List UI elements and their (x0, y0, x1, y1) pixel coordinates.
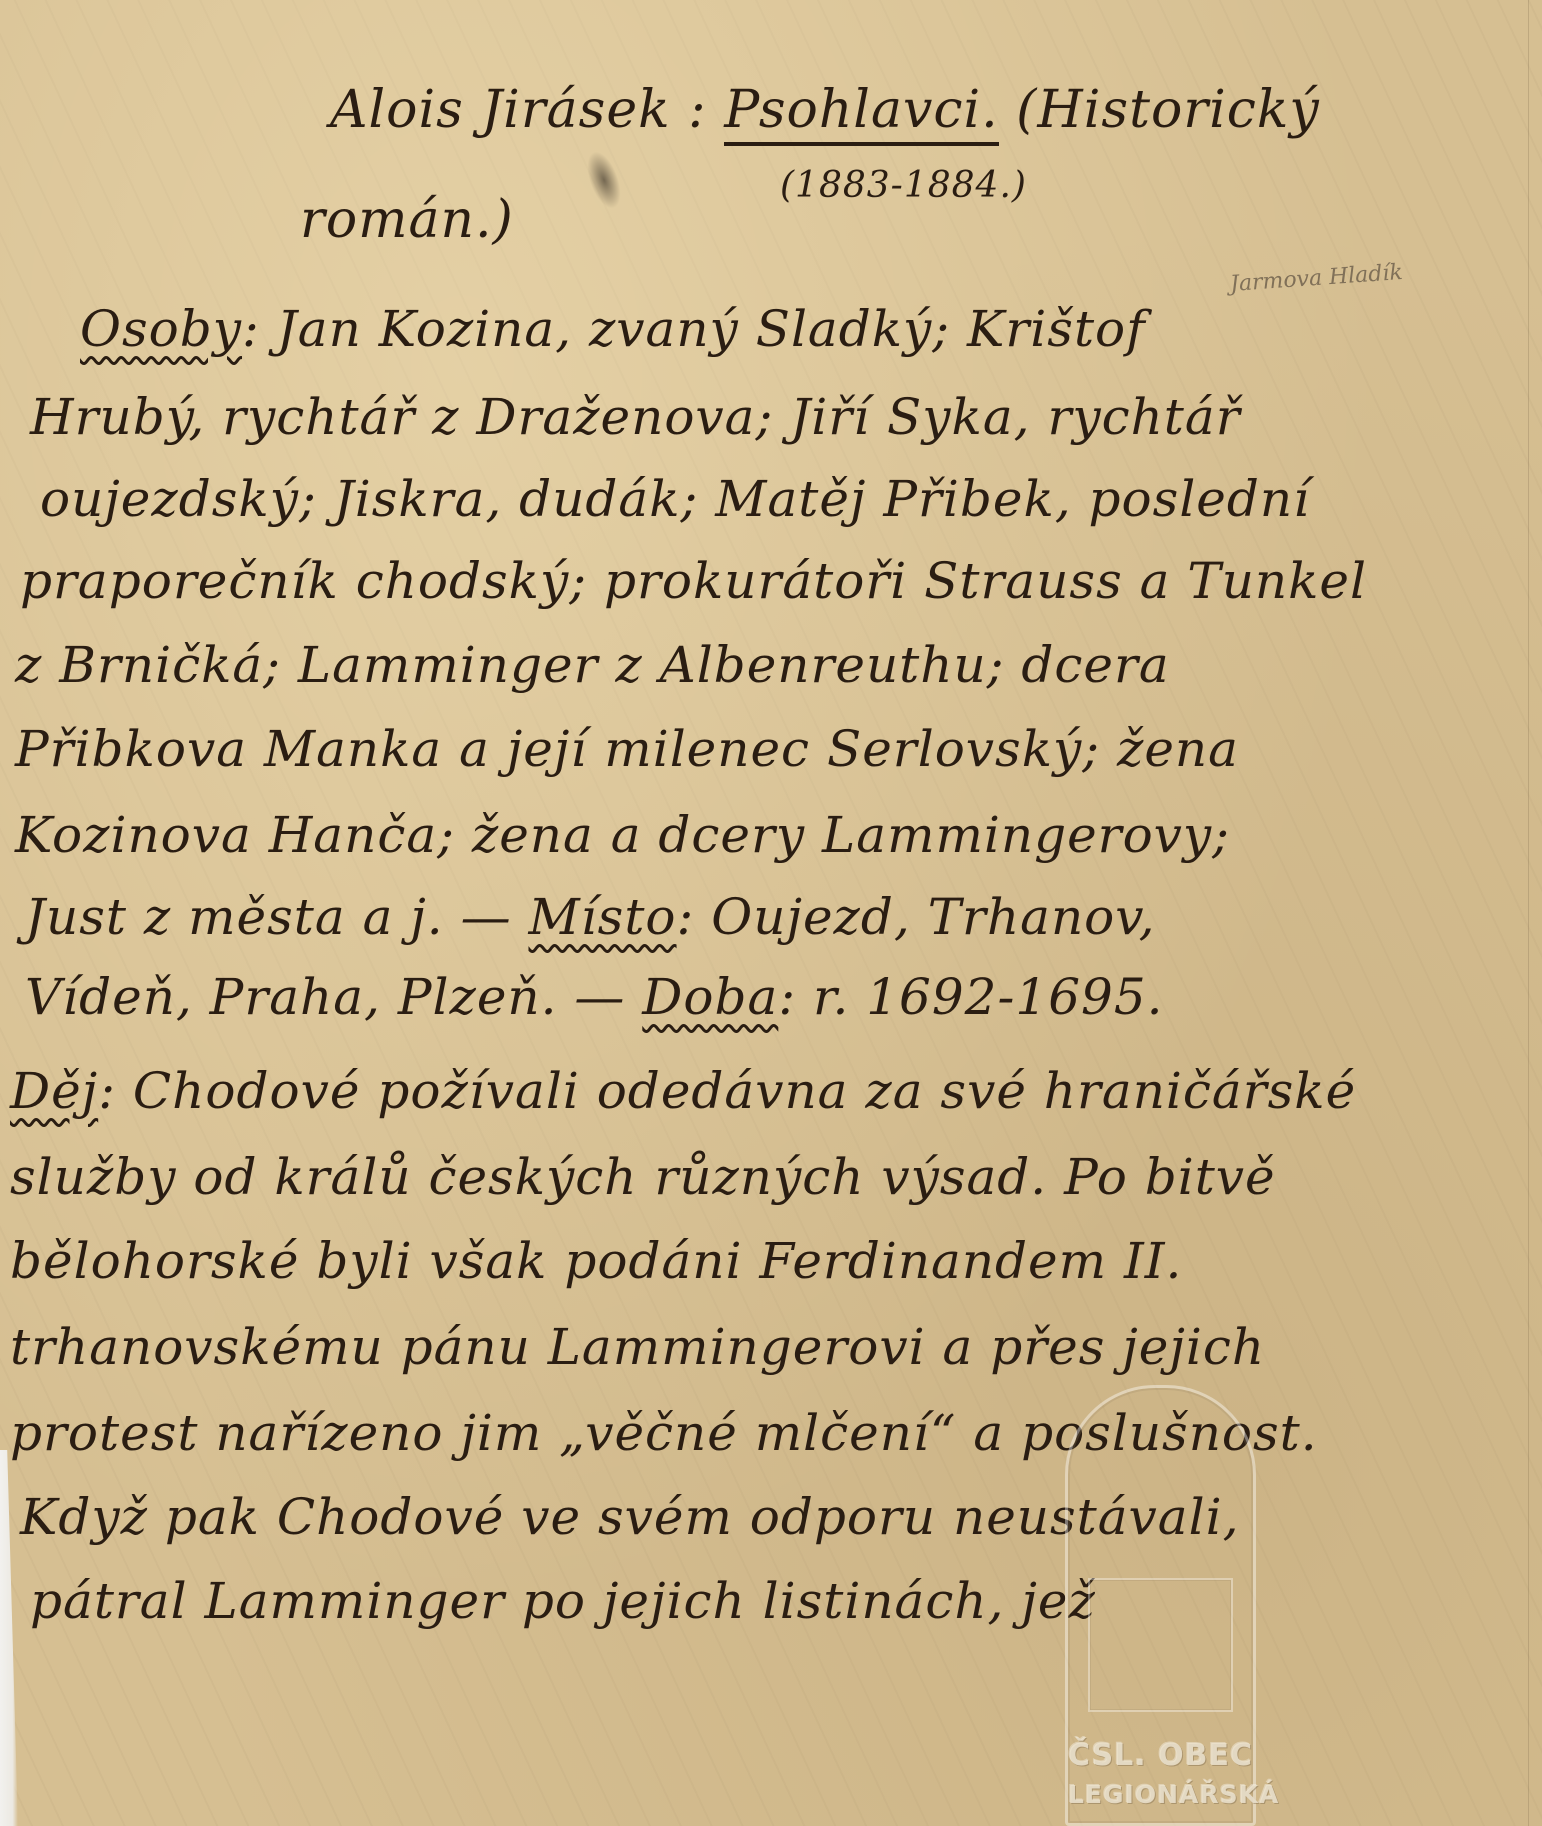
page-edge (0, 1450, 18, 1826)
header-years: (1883-1884.) (780, 165, 1027, 206)
manuscript-line: pátral Lamminger po jejich listinách, je… (30, 1572, 1096, 1630)
manuscript-page: Alois Jirásek : Psohlavci. (Historický (… (0, 0, 1542, 1826)
line-text: : Oujezd, Trhanov, (677, 888, 1156, 946)
manuscript-line: Děj: Chodové požívali odedávna za své hr… (10, 1062, 1356, 1120)
header-title-line: Alois Jirásek : Psohlavci. (Historický (330, 80, 1320, 140)
stamp-text-line1: ČSL. OBEC (1068, 1738, 1253, 1773)
header-separator: : (688, 80, 707, 140)
line-text: Just z města a j. — (25, 888, 528, 946)
author-name: Alois Jirásek (330, 80, 671, 140)
line-text: trhanovskému pánu Lammingerovi a přes je… (10, 1318, 1265, 1376)
manuscript-line: z Brničká; Lamminger z Albenreuthu; dcer… (15, 636, 1170, 694)
line-text: : Chodové požívali odedávna za své hrani… (98, 1062, 1356, 1120)
pencil-annotation: Jarmova Hladík (1229, 260, 1403, 297)
manuscript-line: Přibkova Manka a její milenec Serlovský;… (15, 720, 1239, 778)
section-heading: Místo (528, 888, 676, 946)
manuscript-line: oujezdský; Jiskra, dudák; Matěj Přibek, … (40, 470, 1310, 528)
line-text: Hrubý, rychtář z Draženova; Jiří Syka, r… (30, 388, 1241, 446)
line-text: pátral Lamminger po jejich listinách, je… (30, 1572, 1096, 1630)
manuscript-line: Just z města a j. — Místo: Oujezd, Trhan… (25, 888, 1155, 946)
coat-of-arms-emblem (1088, 1578, 1233, 1712)
manuscript-line: bělohorské byli však podáni Ferdinandem … (10, 1232, 1182, 1290)
manuscript-line: služby od králů českých různých výsad. P… (10, 1148, 1276, 1206)
manuscript-line: praporečník chodský; prokurátoři Strauss… (20, 552, 1367, 610)
line-text: Když pak Chodové ve svém odporu neustáva… (20, 1488, 1240, 1546)
line-text: : Jan Kozina, zvaný Sladký; Krištof (242, 300, 1146, 358)
work-title: Psohlavci. (724, 80, 998, 146)
manuscript-line: Vídeň, Praha, Plzeň. — Doba: r. 1692-169… (25, 968, 1164, 1026)
line-text: služby od králů českých různých výsad. P… (10, 1148, 1276, 1206)
page-fold-line (1528, 0, 1529, 1826)
manuscript-line: trhanovskému pánu Lammingerovi a přes je… (10, 1318, 1265, 1376)
section-heading: Osoby (80, 300, 242, 358)
subtitle-part1: (Historický (1016, 80, 1320, 140)
line-text: : r. 1692-1695. (778, 968, 1163, 1026)
subtitle-part2: román.) (300, 190, 514, 250)
stamp-text-line2: LEGIONÁŘSKÁ (1068, 1780, 1253, 1809)
line-text: Vídeň, Praha, Plzeň. — (25, 968, 642, 1026)
manuscript-line: Když pak Chodové ve svém odporu neustáva… (20, 1488, 1240, 1546)
line-text: bělohorské byli však podáni Ferdinandem … (10, 1232, 1182, 1290)
section-heading: Doba (642, 968, 778, 1026)
manuscript-line: Hrubý, rychtář z Draženova; Jiří Syka, r… (30, 388, 1241, 446)
manuscript-line: Kozinova Hanča; žena a dcery Lammingerov… (15, 806, 1230, 864)
line-text: oujezdský; Jiskra, dudák; Matěj Přibek, … (40, 470, 1310, 528)
section-heading: Děj (10, 1062, 98, 1120)
manuscript-line: Osoby: Jan Kozina, zvaný Sladký; Krištof (80, 300, 1146, 358)
line-text: Kozinova Hanča; žena a dcery Lammingerov… (15, 806, 1230, 864)
line-text: praporečník chodský; prokurátoři Strauss… (20, 552, 1367, 610)
ink-blot (581, 147, 628, 213)
watermark-stamp: ČSL. OBEC LEGIONÁŘSKÁ (1065, 1385, 1256, 1826)
line-text: Přibkova Manka a její milenec Serlovský;… (15, 720, 1239, 778)
line-text: z Brničká; Lamminger z Albenreuthu; dcer… (15, 636, 1170, 694)
